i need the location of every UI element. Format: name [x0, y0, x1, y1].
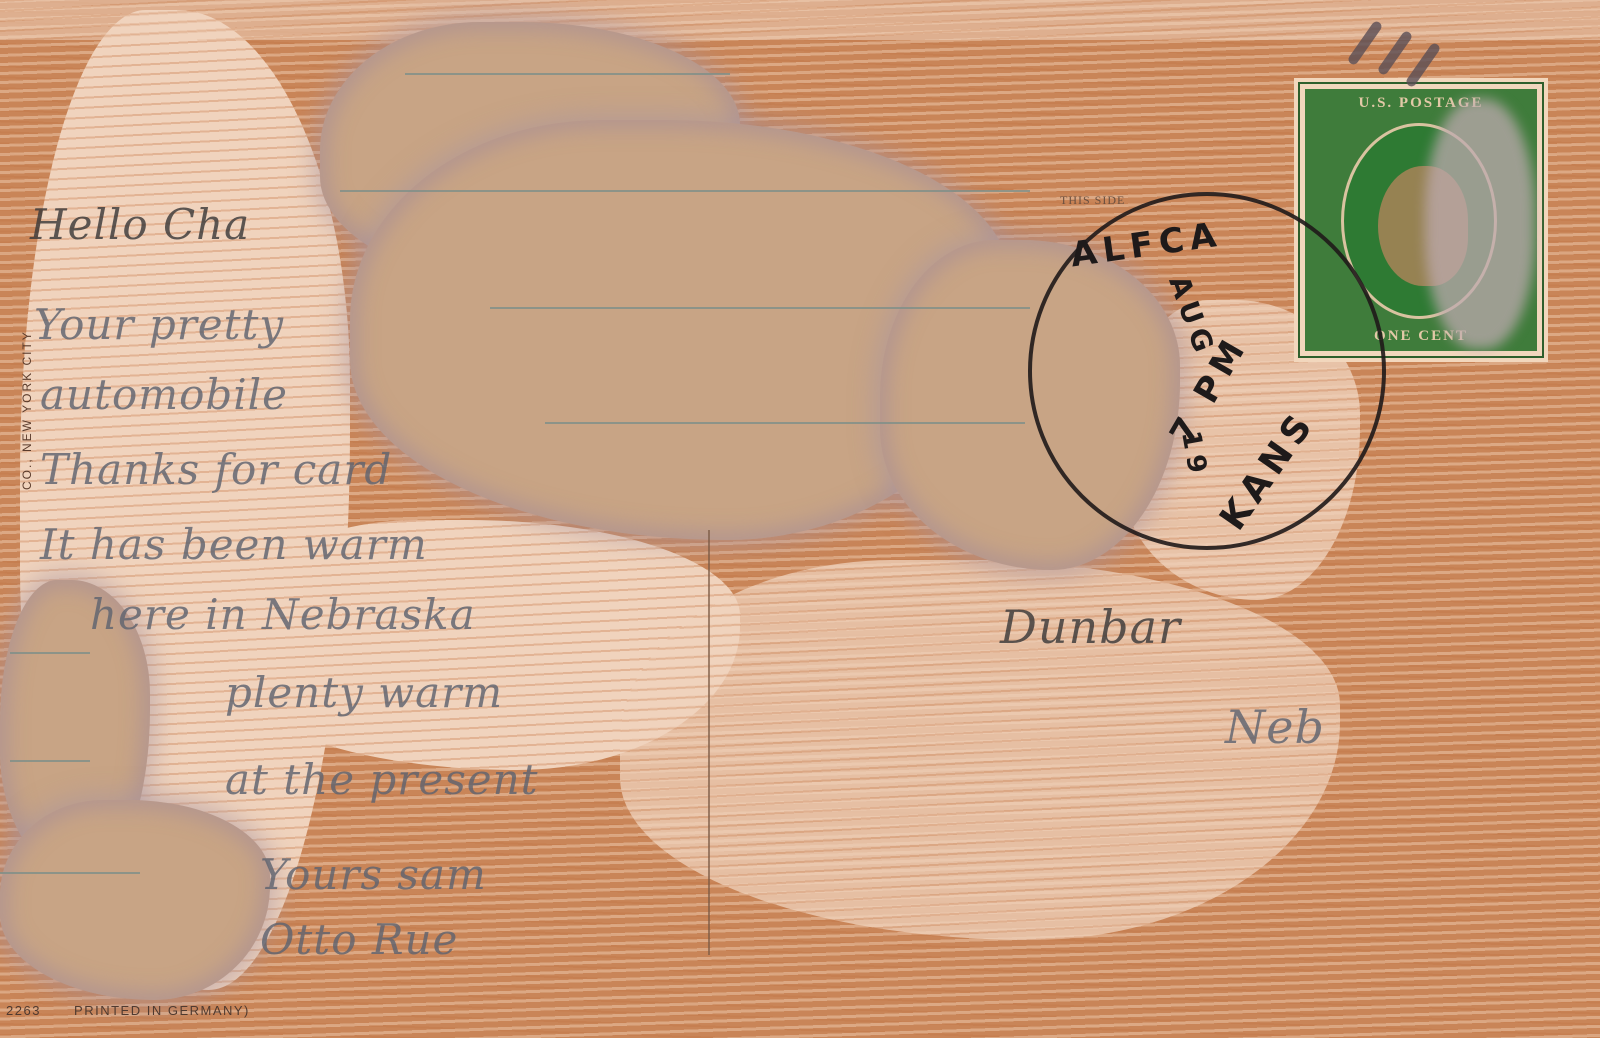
address-rule — [545, 422, 1025, 424]
printed-hint: THIS SIDE — [1060, 193, 1125, 208]
address-city: Dunbar — [1000, 600, 1181, 654]
message-line: Your pretty — [34, 300, 284, 349]
message-line: automobile — [40, 370, 288, 419]
message-line: here in Nebraska — [90, 590, 476, 639]
message-line: plenty warm — [225, 668, 503, 717]
stamp-smudge — [1425, 99, 1535, 349]
address-rule — [340, 190, 1030, 192]
address-rule — [490, 307, 1030, 309]
message-line: Hello Cha — [30, 200, 250, 249]
catalog-number: 2263 — [6, 1003, 41, 1018]
exposed-paper — [0, 800, 270, 1000]
message-line: at the present — [225, 755, 539, 804]
address-rule — [405, 73, 730, 75]
paint-patch — [0, 0, 1600, 40]
message-line: Otto Rue — [260, 915, 458, 964]
address-rule — [10, 760, 90, 762]
postcard-back: CO., NEW YORK CITY THIS SIDE 2263 PRINTE… — [0, 0, 1600, 1038]
footer-imprint: 2263 PRINTED IN GERMANY) — [6, 1003, 250, 1018]
printed-in-germany: PRINTED IN GERMANY) — [74, 1003, 250, 1018]
address-rule — [0, 872, 140, 874]
message-line: Yours sam — [260, 850, 487, 899]
message-line: It has been warm — [40, 520, 428, 569]
publisher-imprint: CO., NEW YORK CITY — [20, 330, 34, 490]
address-rule — [10, 652, 90, 654]
message-line: Thanks for card — [40, 445, 392, 494]
address-state: Neb — [1225, 700, 1325, 754]
center-divider-line — [708, 530, 710, 955]
